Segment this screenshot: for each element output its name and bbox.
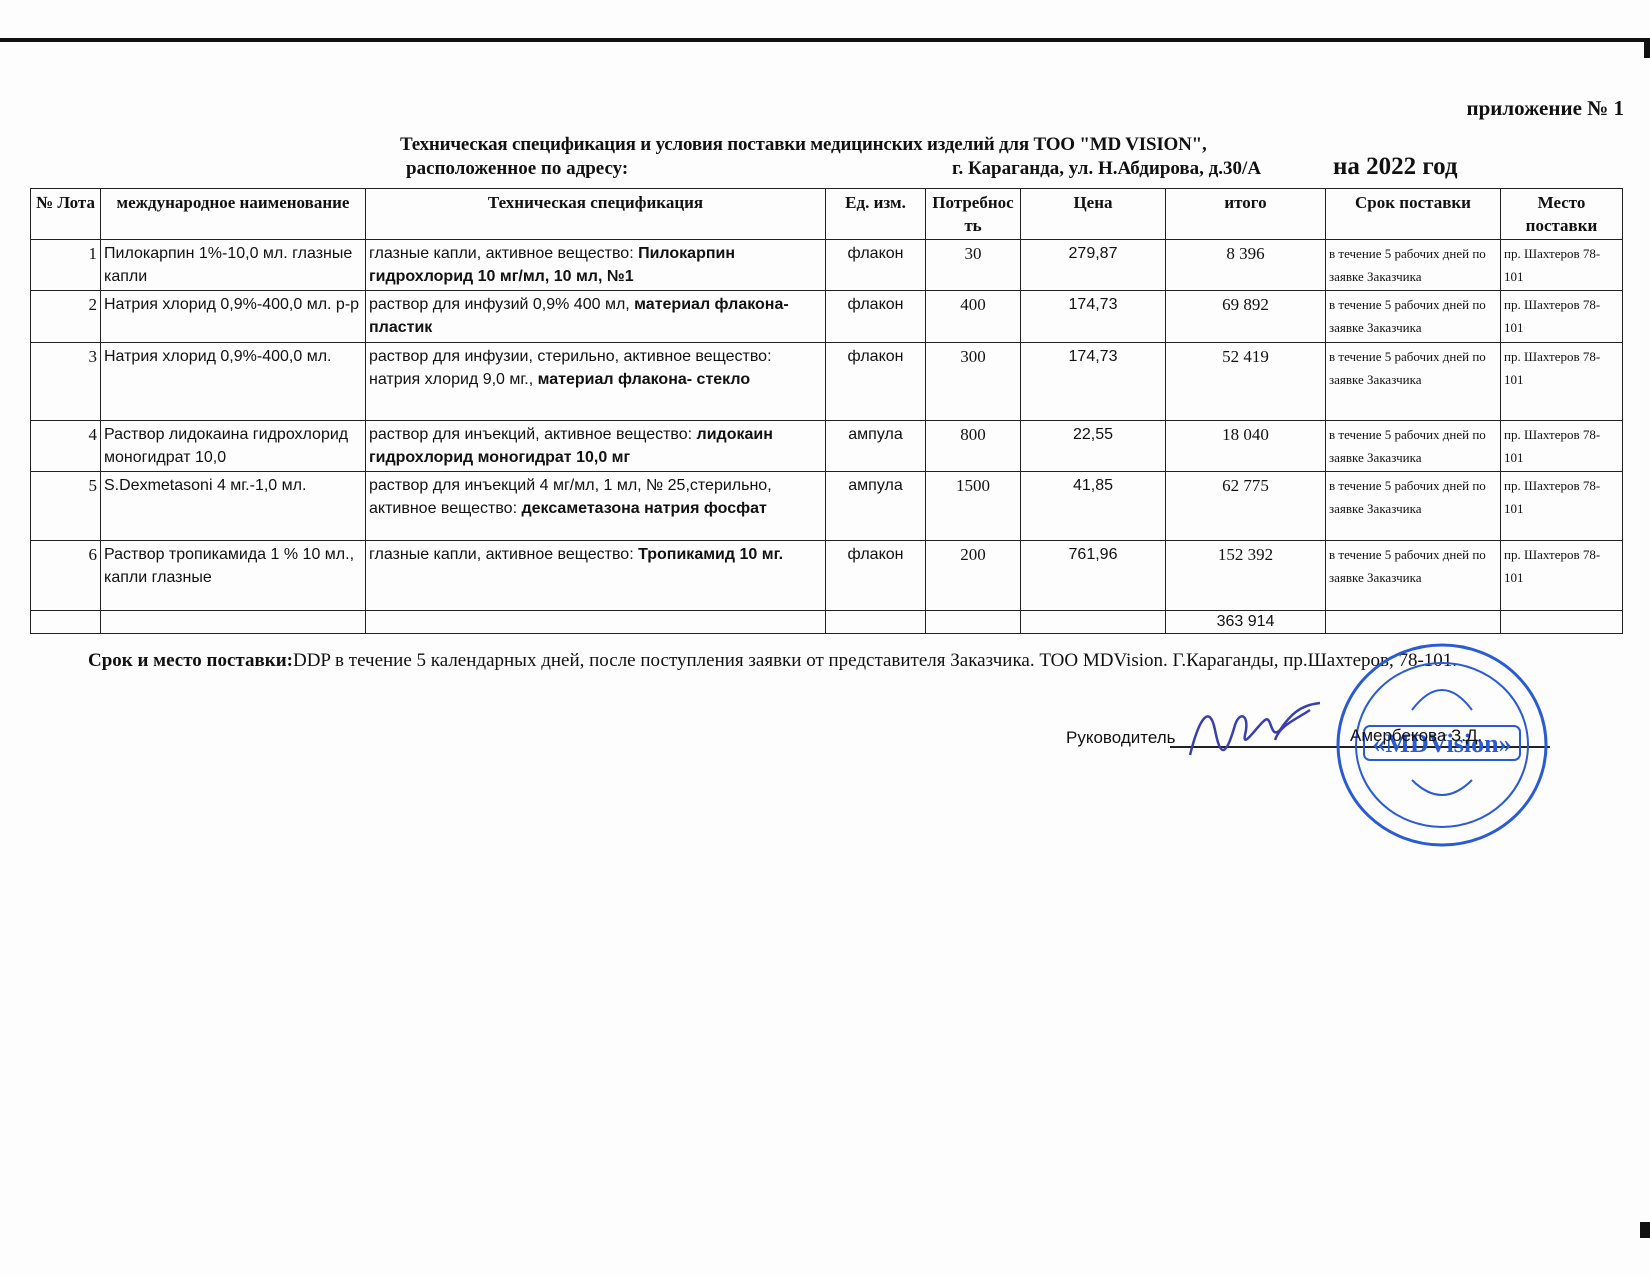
line-total: 8 396 [1166, 240, 1326, 291]
table-row: 1 Пилокарпин 1%-10,0 мл. глазные капли г… [31, 240, 1623, 291]
table-header-row: № Лота международное наименование Технич… [31, 189, 1623, 240]
col-header-place: Место поставки [1501, 189, 1623, 240]
lot-number: 1 [31, 240, 101, 291]
delivery-term: в течение 5 рабочих дней по заявке Заказ… [1326, 421, 1501, 472]
delivery-place: пр. Шахтеров 78-101 [1501, 421, 1623, 472]
quantity: 300 [926, 343, 1021, 421]
line-total: 69 892 [1166, 291, 1326, 343]
technical-spec: раствор для инфузии, стерильно, активное… [366, 343, 826, 421]
spec-text: раствор для инфузий 0,9% 400 мл, [369, 296, 634, 313]
appendix-label: приложение № 1 [1466, 96, 1624, 121]
quantity: 800 [926, 421, 1021, 472]
unit: флакон [826, 541, 926, 611]
lot-number: 3 [31, 343, 101, 421]
lot-number: 6 [31, 541, 101, 611]
unit: флакон [826, 343, 926, 421]
document-year: на 2022 год [1333, 153, 1458, 181]
lot-number: 5 [31, 472, 101, 541]
technical-spec: раствор для инъекций 4 мг/мл, 1 мл, № 25… [366, 472, 826, 541]
line-total: 62 775 [1166, 472, 1326, 541]
unit: флакон [826, 291, 926, 343]
quantity: 30 [926, 240, 1021, 291]
spec-bold-text: Тропикамид 10 мг. [638, 546, 783, 563]
delivery-place: пр. Шахтеров 78-101 [1501, 240, 1623, 291]
col-header-price: Цена [1021, 189, 1166, 240]
price: 761,96 [1021, 541, 1166, 611]
price: 174,73 [1021, 343, 1166, 421]
price: 174,73 [1021, 291, 1166, 343]
col-header-name: международное наименование [101, 189, 366, 240]
technical-spec: глазные капли, активное вещество: Пилока… [366, 240, 826, 291]
spec-bold-text: дексаметазона натрия фосфат [521, 500, 766, 517]
delivery-term: в течение 5 рабочих дней по заявке Заказ… [1326, 343, 1501, 421]
unit: ампула [826, 472, 926, 541]
table-row: 3 Натрия хлорид 0,9%-400,0 мл. раствор д… [31, 343, 1623, 421]
price: 279,87 [1021, 240, 1166, 291]
delivery-place: пр. Шахтеров 78-101 [1501, 472, 1623, 541]
spec-bold-text: материал флакона- стекло [538, 371, 751, 388]
unit: флакон [826, 240, 926, 291]
scan-corner-mark [1644, 38, 1650, 58]
col-header-spec: Техническая спецификация [366, 189, 826, 240]
scan-top-edge [0, 38, 1650, 42]
delivery-term: в течение 5 рабочих дней по заявке Заказ… [1326, 472, 1501, 541]
delivery-term: в течение 5 рабочих дней по заявке Заказ… [1326, 291, 1501, 343]
address-value: г. Караганда, ул. Н.Абдирова, д.30/А [952, 158, 1261, 180]
delivery-terms: Срок и место поставки:DDP в течение 5 ка… [88, 650, 1457, 672]
col-header-lot: № Лота [31, 189, 101, 240]
spec-text: глазные капли, активное вещество: [369, 245, 638, 262]
quantity: 400 [926, 291, 1021, 343]
scan-bottom-mark [1640, 1222, 1650, 1238]
table-row: 6 Раствор тропикамида 1 % 10 мл., капли … [31, 541, 1623, 611]
delivery-place: пр. Шахтеров 78-101 [1501, 343, 1623, 421]
delivery-place: пр. Шахтеров 78-101 [1501, 541, 1623, 611]
document-title: Техническая спецификация и условия поста… [400, 134, 1207, 156]
grand-total-row: 363 914 [31, 611, 1623, 634]
handwritten-signature [1180, 695, 1330, 765]
col-header-qty: Потребность [926, 189, 1021, 240]
signatory-name: Амербекова З.Д. [1350, 726, 1482, 746]
signature-role: Руководитель [1066, 728, 1176, 748]
line-total: 18 040 [1166, 421, 1326, 472]
col-header-term: Срок поставки [1326, 189, 1501, 240]
price: 41,85 [1021, 472, 1166, 541]
table-row: 5 S.Dexmetasoni 4 мг.-1,0 мл. раствор дл… [31, 472, 1623, 541]
delivery-place: пр. Шахтеров 78-101 [1501, 291, 1623, 343]
delivery-term: в течение 5 рабочих дней по заявке Заказ… [1326, 240, 1501, 291]
international-name: Натрия хлорид 0,9%-400,0 мл. [101, 343, 366, 421]
col-header-unit: Ед. изм. [826, 189, 926, 240]
spec-text: раствор для инъекций, активное вещество: [369, 426, 697, 443]
quantity: 200 [926, 541, 1021, 611]
technical-spec: глазные капли, активное вещество: Тропик… [366, 541, 826, 611]
international-name: Раствор тропикамида 1 % 10 мл., капли гл… [101, 541, 366, 611]
technical-spec: раствор для инфузий 0,9% 400 мл, материа… [366, 291, 826, 343]
international-name: Раствор лидокаина гидрохлорид моногидрат… [101, 421, 366, 472]
specification-table: № Лота международное наименование Технич… [30, 188, 1623, 634]
international-name: S.Dexmetasoni 4 мг.-1,0 мл. [101, 472, 366, 541]
unit: ампула [826, 421, 926, 472]
table-row: 4 Раствор лидокаина гидрохлорид моногидр… [31, 421, 1623, 472]
address-label: расположенное по адресу: [406, 158, 628, 180]
international-name: Натрия хлорид 0,9%-400,0 мл. р-р [101, 291, 366, 343]
grand-total: 363 914 [1166, 611, 1326, 634]
delivery-terms-label: Срок и место поставки: [88, 650, 293, 671]
quantity: 1500 [926, 472, 1021, 541]
spec-text: глазные капли, активное вещество: [369, 546, 638, 563]
line-total: 152 392 [1166, 541, 1326, 611]
line-total: 52 419 [1166, 343, 1326, 421]
table-row: 2 Натрия хлорид 0,9%-400,0 мл. р-р раств… [31, 291, 1623, 343]
delivery-term: в течение 5 рабочих дней по заявке Заказ… [1326, 541, 1501, 611]
price: 22,55 [1021, 421, 1166, 472]
delivery-terms-text: DDP в течение 5 календарных дней, после … [293, 650, 1457, 671]
lot-number: 4 [31, 421, 101, 472]
col-header-total: итого [1166, 189, 1326, 240]
technical-spec: раствор для инъекций, активное вещество:… [366, 421, 826, 472]
lot-number: 2 [31, 291, 101, 343]
international-name: Пилокарпин 1%-10,0 мл. глазные капли [101, 240, 366, 291]
